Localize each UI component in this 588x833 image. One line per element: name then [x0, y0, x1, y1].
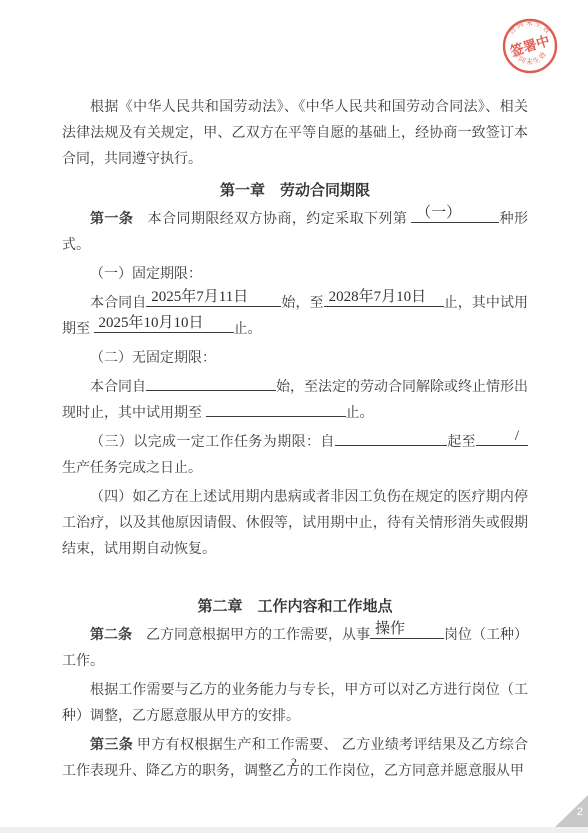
fill-in-text: （一） — [416, 206, 461, 221]
clause-number: 第一条 — [90, 212, 133, 227]
contract-page: 合同未生效 合同未生效 签署中 根据《中华人民共和国劳动法》、《中华人民共和国劳… — [0, 0, 588, 827]
chapter-heading: 第一章 劳动合同期限 — [62, 178, 528, 204]
paragraph: 根据工作需要与乙方的业务能力与专长，甲方可以对乙方进行岗位（工种）调整，乙方愿意… — [62, 678, 528, 730]
fill-in-value[interactable]: 操作 — [370, 623, 444, 639]
paragraph: 本合同自始，至法定的劳动合同解除或终止情形出现时止，其中试用期至 止。 — [62, 375, 528, 427]
fill-in-text: 2028年7月10日 — [329, 290, 427, 305]
blank-underline[interactable] — [206, 401, 346, 417]
chapter-heading: 第二章 工作内容和工作地点 — [62, 594, 528, 620]
paragraph: 本合同自2025年7月11日始，至2028年7月10日止，其中试用期至 2025… — [62, 291, 528, 343]
page-number: 2 — [0, 755, 588, 770]
fill-in-value[interactable]: / — [476, 430, 528, 446]
clause-number: 第二条 — [90, 628, 132, 643]
paragraph: （四）如乙方在上述试用期内患病或者非因工负伤在规定的医疗期内停工治疗，以及其他原… — [62, 485, 528, 563]
clause-number: 第三条 — [90, 738, 133, 753]
paragraph: （一）固定期限： — [62, 262, 528, 288]
blank-underline[interactable] — [146, 375, 276, 391]
blank-underline[interactable] — [335, 430, 447, 446]
paragraph: （二）无固定期限： — [62, 346, 528, 372]
paragraph: （三）以完成一定工作任务为期限：自起至/生产任务完成之日止。 — [62, 430, 528, 482]
fill-in-value[interactable]: （一） — [411, 207, 499, 223]
fill-in-value[interactable]: 2025年10月10日 — [94, 317, 234, 333]
fill-in-value[interactable]: 2025年7月11日 — [146, 291, 281, 307]
paragraph: 第一条 本合同期限经双方协商，约定采取下列第 （一）种形式。 — [62, 207, 528, 259]
paragraph: 根据《中华人民共和国劳动法》、《中华人民共和国劳动合同法》、相关法律法规及有关规… — [62, 95, 528, 173]
background-strip — [0, 827, 588, 833]
fill-in-text: 2025年10月10日 — [99, 316, 204, 331]
fold-corner-page-number: 2 — [577, 806, 583, 818]
signing-status-stamp-icon: 合同未生效 合同未生效 签署中 — [497, 13, 563, 79]
fill-in-text: / — [515, 429, 519, 444]
page-fold-corner — [555, 795, 588, 827]
fill-in-value[interactable]: 2028年7月10日 — [324, 291, 444, 307]
document-body: 根据《中华人民共和国劳动法》、《中华人民共和国劳动合同法》、相关法律法规及有关规… — [62, 92, 528, 788]
paragraph: 第二条 乙方同意根据甲方的工作需要，从事操作岗位（工种）工作。 — [62, 623, 528, 675]
fill-in-text: 操作 — [375, 622, 405, 637]
fill-in-text: 2025年7月11日 — [151, 290, 248, 305]
